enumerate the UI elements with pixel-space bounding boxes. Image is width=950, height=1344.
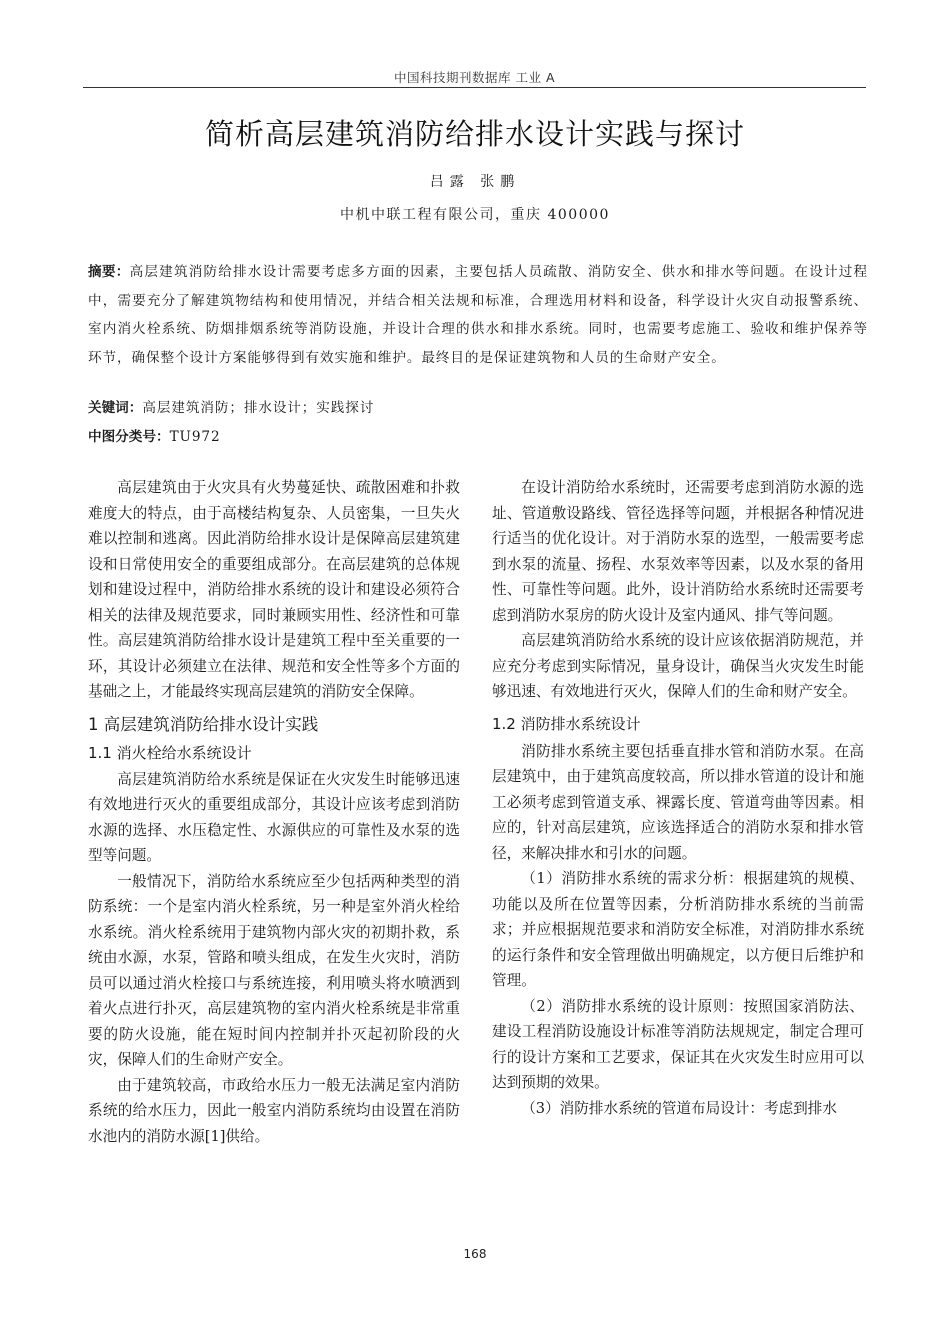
abstract-text: 高层建筑消防给排水设计需要考虑多方面的因素，主要包括人员疏散、消防安全、供水和排…: [88, 264, 868, 366]
abstract-label: 摘要：: [88, 264, 130, 280]
keywords-text: 高层建筑消防；排水设计；实践探讨: [142, 400, 374, 416]
section-1-2-item-1: （1）消防排水系统的需求分析：根据建筑的规模、功能以及所在位置等因素，分析消防排…: [492, 866, 864, 994]
section-1-1-paragraph-3: 由于建筑较高，市政给水压力一般无法满足室内消防系统的给水压力，因此一般室内消防系…: [88, 1073, 460, 1150]
journal-header: 中国科技期刊数据库 工业 A: [83, 68, 866, 86]
section-1-1-paragraph-4: 在设计消防给水系统时，还需要考虑到消防水源的选址、管道敷设路线、管径选择等问题，…: [492, 475, 864, 628]
section-1-1-heading: 1.1 消火栓给水系统设计: [88, 743, 460, 763]
affiliation: 中机中联工程有限公司，重庆 400000: [60, 204, 890, 224]
page-number: 168: [0, 1247, 950, 1261]
paper-title: 简析高层建筑消防给排水设计实践与探讨: [60, 112, 890, 153]
abstract: 摘要：高层建筑消防给排水设计需要考虑多方面的因素，主要包括人员疏散、消防安全、供…: [88, 258, 868, 372]
section-1-2-heading: 1.2 消防排水系统设计: [492, 714, 864, 734]
right-column: 在设计消防给水系统时，还需要考虑到消防水源的选址、管道敷设路线、管径选择等问题，…: [492, 475, 864, 1121]
classification-text: TU972: [170, 429, 221, 445]
keywords: 关键词：高层建筑消防；排水设计；实践探讨: [88, 396, 868, 416]
keywords-label: 关键词：: [88, 400, 142, 416]
section-1-1-paragraph-5: 高层建筑消防给水系统的设计应该依据消防规范，并应充分考虑到实际情况，量身设计，确…: [492, 628, 864, 705]
authors: 吕露 张鹏: [60, 171, 890, 191]
classification-label: 中图分类号：: [88, 429, 170, 445]
classification-number: 中图分类号：TU972: [88, 425, 868, 445]
section-1-1-paragraph-1: 高层建筑消防给水系统是保证在火灾发生时能够迅速有效地进行灭火的重要组成部分，其设…: [88, 767, 460, 869]
intro-paragraph: 高层建筑由于火灾具有火势蔓延快、疏散困难和扑救难度大的特点，由于高楼结构复杂、人…: [88, 475, 460, 705]
section-1-2-paragraph-1: 消防排水系统主要包括垂直排水管和消防水泵。在高层建筑中，由于建筑高度较高，所以排…: [492, 739, 864, 867]
section-1-2-item-3: （3）消防排水系统的管道布局设计：考虑到排水: [492, 1096, 864, 1122]
section-1-2-item-2: （2）消防排水系统的设计原则：按照国家消防法、建设工程消防设施设计标准等消防法规…: [492, 994, 864, 1096]
header-divider: [83, 87, 866, 88]
section-1-heading: 1 高层建筑消防给排水设计实践: [88, 715, 460, 735]
section-1-1-paragraph-2: 一般情况下，消防给水系统应至少包括两种类型的消防系统：一个是室内消火栓系统，另一…: [88, 869, 460, 1073]
left-column: 高层建筑由于火灾具有火势蔓延快、疏散困难和扑救难度大的特点，由于高楼结构复杂、人…: [88, 475, 460, 1149]
